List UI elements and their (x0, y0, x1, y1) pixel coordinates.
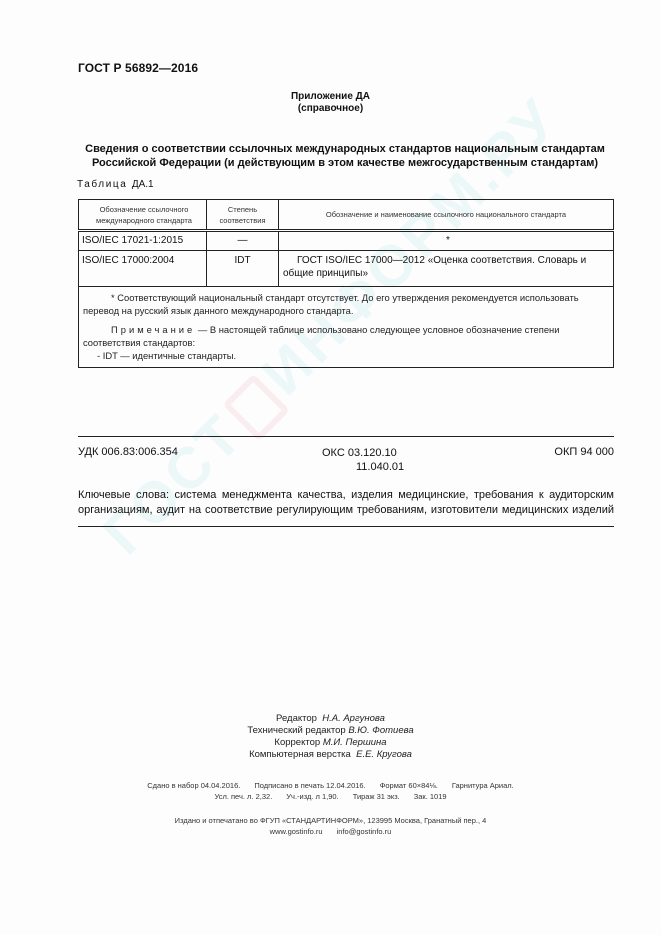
section-title-line2: Российской Федерации (и действующим в эт… (76, 156, 614, 170)
table-caption: Таблица ДА.1 (77, 179, 154, 190)
annex-heading: Приложение ДА (справочное) (0, 91, 661, 115)
note-item: - IDT — идентичные стандарты. (83, 349, 609, 362)
section-title-line1: Сведения о соответствии ссылочных междун… (76, 142, 614, 156)
table-row: ISO/IEC 17000:2004 IDT ГОСТ ISO/IEC 1700… (79, 251, 614, 287)
credits: Редактор Н.А. Аргунова Технический редак… (0, 713, 661, 761)
typeface: Гарнитура Ариал. (452, 781, 514, 790)
column-header-national: Обозначение и наименование ссылочного на… (279, 200, 614, 231)
credit-name: Н.А. Аргунова (322, 713, 385, 724)
credit-proofreader: Корректор М.И. Першина (0, 737, 661, 749)
credit-tech-editor: Технический редактор В.Ю. Фотиева (0, 725, 661, 737)
table-footnote: * Соответствующий национальный стандарт … (83, 291, 609, 317)
watermark-left: ГОСТ (91, 401, 257, 567)
signed-date: Подписано в печать 12.04.2016. (254, 781, 365, 790)
oks-code: ОКС 03.120.10 11.040.01 (322, 446, 404, 474)
table-caption-number: ДА.1 (132, 179, 154, 190)
cell-intl: ISO/IEC 17000:2004 (79, 251, 207, 287)
credit-name: Е.Е. Кругова (356, 749, 412, 760)
publication-line1: Сдано в набор 04.04.2016.Подписано в печ… (0, 781, 661, 792)
printer-address: Издано и отпечатано во ФГУП «СТАНДАРТИНФ… (0, 816, 661, 827)
divider-top (78, 436, 614, 437)
table-notes: * Соответствующий национальный стандарт … (79, 287, 614, 368)
document-id: ГОСТ Р 56892—2016 (78, 61, 198, 75)
divider-bottom (78, 526, 614, 527)
credit-layout: Компьютерная верстка Е.Е. Кругова (0, 749, 661, 761)
annex-type: (справочное) (0, 103, 661, 115)
cell-degree: IDT (207, 251, 279, 287)
column-header-degree: Степень соответствия (207, 200, 279, 231)
email-link[interactable]: info@gostinfo.ru (337, 827, 392, 836)
section-title: Сведения о соответствии ссылочных междун… (76, 142, 614, 170)
note-label: Примечание (111, 324, 195, 335)
credit-role: Корректор (274, 737, 320, 748)
credit-role: Технический редактор (247, 725, 345, 736)
table-note: Примечание — В настоящей таблице использ… (83, 323, 609, 349)
submitted-date: Сдано в набор 04.04.2016. (147, 781, 240, 790)
cell-degree: — (207, 231, 279, 251)
publication-line2: Усл. печ. л. 2,32.Уч.-изд. л 1,90.Тираж … (0, 792, 661, 803)
circulation: Тираж 31 экз. (353, 792, 400, 801)
table-header-row: Обозначение ссылочного международного ст… (79, 200, 614, 231)
credit-name: В.Ю. Фотиева (348, 725, 413, 736)
keywords-line2: организациям, аудит на соответствие регу… (78, 503, 614, 518)
website-link[interactable]: www.gostinfo.ru (270, 827, 323, 836)
printer-contacts: www.gostinfo.ruinfo@gostinfo.ru (0, 827, 661, 838)
table-caption-prefix: Таблица (77, 179, 127, 190)
paper-format: Формат 60×84⅛. (380, 781, 438, 790)
keywords: Ключевые слова: система менеджмента каче… (78, 488, 614, 518)
document-logo-icon (222, 373, 290, 441)
column-header-intl: Обозначение ссылочного международного ст… (79, 200, 207, 231)
edit-sheets: Уч.-изд. л 1,90. (286, 792, 338, 801)
keywords-line1: Ключевые слова: система менеджмента каче… (78, 488, 614, 503)
credit-role: Компьютерная верстка (249, 749, 351, 760)
annex-title: Приложение ДА (0, 91, 661, 103)
credit-editor: Редактор Н.А. Аргунова (0, 713, 661, 725)
udk-code: УДК 006.83:006.354 (78, 446, 178, 458)
table-footer-row: * Соответствующий национальный стандарт … (79, 287, 614, 368)
credit-name: М.И. Першина (323, 737, 387, 748)
printer-info: Издано и отпечатано во ФГУП «СТАНДАРТИНФ… (0, 816, 661, 837)
cell-national: ГОСТ ISO/IEC 17000—2012 «Оценка соответс… (279, 251, 614, 287)
cell-intl: ISO/IEC 17021-1:2015 (79, 231, 207, 251)
print-sheets: Усл. печ. л. 2,32. (214, 792, 272, 801)
oks-line2: 11.040.01 (322, 460, 404, 474)
publication-info: Сдано в набор 04.04.2016.Подписано в печ… (0, 781, 661, 802)
cell-national: * (279, 231, 614, 251)
order-number: Зак. 1019 (414, 792, 447, 801)
credit-role: Редактор (276, 713, 317, 724)
table-row: ISO/IEC 17021-1:2015 — * (79, 231, 614, 251)
okp-code: ОКП 94 000 (554, 446, 614, 458)
oks-line1: ОКС 03.120.10 (322, 446, 404, 460)
standards-table: Обозначение ссылочного международного ст… (78, 199, 614, 368)
